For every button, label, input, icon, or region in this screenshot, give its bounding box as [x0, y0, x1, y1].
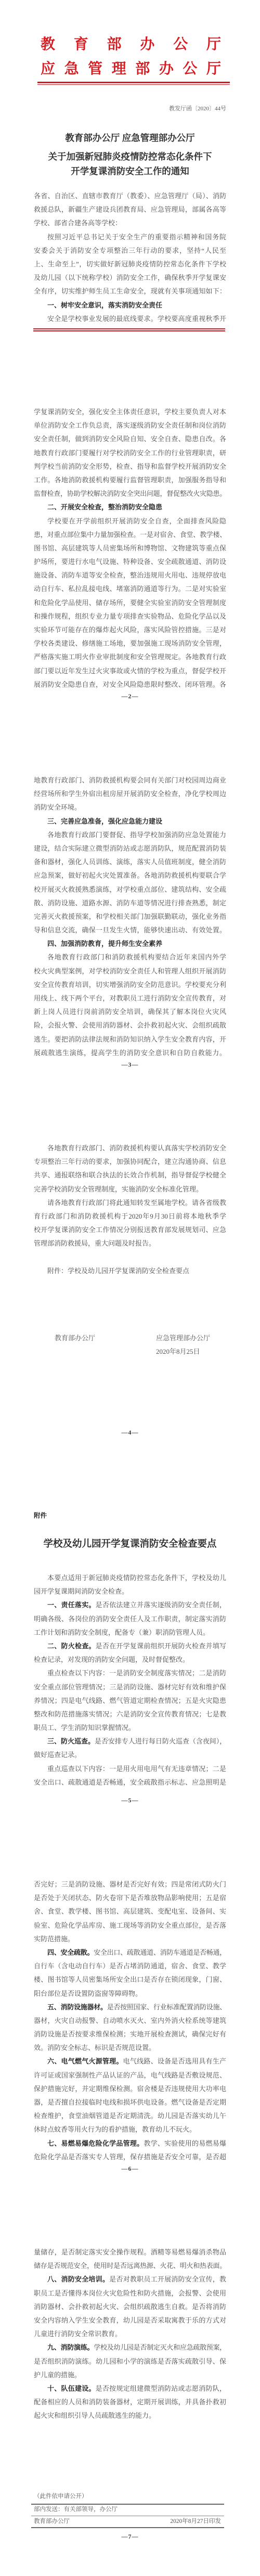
body-line: 消防安全环境。	[34, 801, 226, 814]
page-number: —6—	[0, 2164, 260, 2173]
body-line: 管理部消防救援局，重大问题及时报告。	[34, 1237, 226, 1250]
body-line: 导和信息交流，确保一旦发生火情，能够快速出动、有效处置。	[34, 924, 226, 937]
body-line: 消防器材、会扑救初起火灾、会组织疏散逃生自救。是否将消防	[34, 2300, 226, 2314]
page-2-body: 学复课消防安全，强化安全主体责任意识，学校主要负责人对本 单位消防安全工作负总责…	[34, 405, 226, 691]
checklist-item-text: 安全出口、疏散通道、消防车通道是否畅通，	[94, 1949, 226, 1956]
body-line: 器，是否擅自拉接临时电线和损坏供电设备。燃气设备是否定期	[34, 2096, 226, 2109]
checklist-item-title: 八、消防安全培训。	[47, 2275, 109, 2283]
body-line: 校火灾典型案例，对学校消防安全责任人和管理人组织开展消防	[34, 965, 226, 978]
body-line: 安全是学校事业发展的最底线要求。学校要高度重视秋季开	[34, 312, 226, 326]
body-line: 安全重点部位管理情况；三是消防设施、器材完好有效和维护保	[34, 1681, 226, 1694]
issuer-header-line-1: 教育部办公厅	[41, 36, 221, 53]
body-line: 和危险化学品使用、储存场所，要健全实验室消防安全管理制度	[34, 596, 226, 610]
checklist-item-line: 六、电气燃气火源管理。电气线路、设备是否选用具有生产	[34, 2055, 226, 2068]
body-line: 和操作规程，组织专业力量专项排查实验物品、危险化学品以及	[34, 610, 226, 623]
body-line: 学复课消防安全，强化安全主体责任意识，学校主要负责人对本	[34, 405, 226, 419]
checklist-item-line: 一、责任落实。是否依法建立并落实逐级消防安全责任制，	[34, 1598, 226, 1612]
body-line: 完善学校消防安全管理制度，实施消防安全标准化管理。	[34, 1183, 226, 1196]
header-red-rule	[37, 82, 230, 83]
body-line: 学校各类建设、修缮施工场地，要加强施工现场消防安全管理，	[34, 637, 226, 650]
checklist-item-text: 学校及幼儿园是否制定灭火和应急疏散预案，	[94, 2343, 226, 2351]
body-line: 效。消防安全标志、标识是否规范设置。	[34, 2041, 226, 2055]
body-line: 逃生。要把消防法律法规和消防知识纳入学生安全教育内容，开	[34, 1033, 226, 1046]
body-line: 阳台部位是否设置防盗窗等障碍物。	[34, 1987, 226, 2001]
page-7-body: 量储存，是否制定落实安全操作规程。酒精等易燃易爆消杀物品 储存是否规范安全，使用…	[34, 2246, 226, 2423]
document-number: 教发厅函〔2020〕44号	[169, 105, 226, 112]
body-line: 图书馆、高层建筑等人员密集场所和博物馆、文物建筑等重点保	[34, 542, 226, 555]
signature-date: 2020年8月25日	[156, 1345, 200, 1359]
body-line: 实防范措施。	[34, 1932, 226, 1946]
body-line: 安委会关于消防安全专项整治三年行动的要求，坚持“人民至	[34, 244, 226, 258]
body-line: 监督检查，协助学校解决消防安全突出问题，督促整改火灾隐患。	[34, 487, 226, 501]
body-line: 器材，火灾自动报警、自动喷水灭火、室内外消火栓系统等建筑	[34, 2014, 226, 2028]
checklist-item-line: 八、消防安全培训。是否对教职员工开展消防安全宣传，教	[34, 2273, 226, 2286]
signature-moe-office: 教育部办公厅	[55, 1331, 95, 1345]
checklist-item-line: 七、易燃易爆危险化学品管理。教学、实验使用的易燃易爆	[34, 2137, 226, 2150]
body-line: 园开学复课期间消防安全检查。	[34, 1585, 226, 1598]
body-line: 按照习近平总书记关于安全生产的重要指示精神和国务院	[34, 230, 226, 244]
page-4-body: 各地教育行政部门、消防救援机构要认真落实学校消防安全 专项整治三年行动的要求，加…	[34, 1142, 226, 1278]
body-line: 护儿童的措施。	[34, 2368, 226, 2382]
checklist-item-line: 四、安全疏散。安全出口、疏散通道、消防车通道是否畅通，	[34, 1946, 226, 1959]
body-line: 展消防安全隐患自查，对安全风险隐患限时整改、闭环管理。各	[34, 678, 226, 691]
body-line: 安全宣传教育培训，切实增强消防安全防范意识。学校要充分利	[34, 978, 226, 992]
body-line: 共享、通报联络和联合执法的长效合作机制，指导督促学校健全	[34, 1169, 226, 1182]
body-line: 施设备、消防车道等安全检查，整治违规用火用电、违规停放电	[34, 569, 226, 582]
body-line: 应急预案，做好初起火灾处置准备。各地消防救援机构要联合学	[34, 869, 226, 882]
checklist-item-line: 二、防火检查。是否在开学复课前组织开展防火检查并填写	[34, 1639, 226, 1653]
attachment-label: 附件	[34, 1511, 47, 1520]
body-line: 各地教育行政部门、消防救援机构要认真落实学校消防安全	[34, 1142, 226, 1155]
body-line: 患，对重点部位集中力量加强检查。一是对宿舍、食堂、教学楼、	[34, 528, 226, 542]
section-heading: 一、树牢安全意识，落实消防安全责任	[34, 299, 226, 312]
body-line: 安全责任制，做到消防安全风险自知、安全自查、隐患自改。各	[34, 432, 226, 446]
body-line: 舍、食堂、教学楼、图书馆、高层建筑、变配电室、设备间、实	[34, 1905, 226, 1918]
footer-rule	[31, 2516, 224, 2516]
body-line: 楼、图书馆等人员密集场所安全出口是否存在锁闭现象，门窗、	[34, 1973, 226, 1987]
body-line: 重点巡查以下内容：一是用火用电用气有无违章情况；二是	[34, 1762, 226, 1776]
body-line: 量储存，是否制定落实安全操作规程。酒精等易燃易爆消杀物品	[34, 2246, 226, 2259]
body-line: 单位消防安全工作负总责，落实逐级消防安全责任制和岗位消防	[34, 419, 226, 432]
page-number: —4—	[0, 1428, 260, 1437]
body-line: 专项整治三年行动的要求，加强协同配合，建立沟通协商、信息	[34, 1155, 226, 1169]
checklist-item-title: 五、消防设施器材。	[47, 2003, 107, 2011]
checklist-item-line: 十、队伍建设。是否按规定组建微型消防站或志愿消防队，	[34, 2382, 226, 2395]
body-line: 自行车（含电动自行车）是否占堵消防通道，宿舍、食堂、教学	[34, 1959, 226, 1973]
body-line: 配备相应的人员和消防装备器材，定期开展训练，并具备扑救初	[34, 2395, 226, 2409]
body-line: 做好巡查记录。	[34, 1748, 226, 1762]
checklist-item-title: 七、易燃易爆危险化学品管理。	[47, 2139, 144, 2147]
checklist-item-text: 是否按照国家、行业标准配置消防设施、	[107, 2003, 226, 2011]
body-line: 消防设施是否按要求维保检测；实地开展检查测试，确保完好有	[34, 2028, 226, 2041]
section-heading: 四、加强消防教育，提升师生安全素养	[34, 937, 226, 951]
checklist-item-text: 是否依法建立并落实逐级消防安全责任制，	[96, 1601, 226, 1609]
body-line: 保护措施完好，并定期维保检测。宿舍楼是否违规使用大功率电	[34, 2082, 226, 2096]
checklist-item-line: 九、消防演练。学校及幼儿园是否制定灭火和应急疏散预案，	[34, 2341, 226, 2354]
issuing-office: 教育部办公厅	[34, 2517, 70, 2526]
body-line: 起火灾和组织引导人员疏散逃生的能力。	[34, 2409, 226, 2423]
checklist-item-text: 是否对教职员工开展消防安全宣传，教	[109, 2275, 226, 2283]
body-line: 完善灭火救援预案，和学校相关部门加强联勤联动，强化业务指	[34, 910, 226, 924]
checklist-item-title: 一、责任落实。	[47, 1601, 96, 1609]
body-line: 地教育行政部门要履行对学校消防安全工作的行业管理职责，研	[34, 446, 226, 460]
section-heading: 二、开展安全检查，整治消防安全隐患	[34, 501, 226, 514]
body-line: 许可证或国家强制性产品认证的产品，电气线路是否敷设规范、	[34, 2069, 226, 2082]
body-line: 备和器材，强化人员训练、演练，落实人员值班制度，健全消防	[34, 855, 226, 869]
body-line: 本要点适用于新冠肺炎疫情防控常态化条件下，学校及幼儿	[34, 1571, 226, 1585]
body-line: 全有序，切实维护师生员工生命安全，现就有关事项通知如下：	[34, 285, 226, 298]
body-line: 否完好；三是消防设施、器材是否完好有效；四是常闭式防火门	[34, 1878, 226, 1891]
body-line: 护场所，要进行水电气设施、特种设备、安全疏散通道、消防设	[34, 555, 226, 569]
body-line: 校开学复课消防安全工作情况分别报送教育部发展规划司、应急	[34, 1223, 226, 1237]
page-number: —5—	[0, 1796, 260, 1804]
checklist-item-text: 教学、实验使用的易燃易爆	[144, 2139, 226, 2147]
body-line: 经营场所和学生外宿出租房屋开展消防安全检查，净化学校周边	[34, 787, 226, 801]
body-line: 上、生命至上”，切实做好新冠肺炎疫情防控常态化条件下学校	[34, 258, 226, 271]
issue-date: 2020年8月27日印发	[170, 2517, 221, 2526]
body-line: 判学校当前消防安全形势，检查、指导和监督学校开展消防安全	[34, 460, 226, 473]
header-red-rule-thin	[37, 84, 230, 85]
footer-red-rule	[33, 330, 225, 331]
body-line: 整改和防范措施落实情况；六是消防安全宣传教育情况；七是教	[34, 1708, 226, 1721]
body-line: 明确各级、各岗位的消防安全责任人及工作职责，制定落实消防	[34, 1612, 226, 1626]
checklist-item-title: 六、电气燃气火源管理。	[47, 2057, 123, 2065]
body-line: 各地教育行政部门和消防救援机构要结合近年来国内外学	[34, 951, 226, 964]
checklist-item-text: 电气线路、设备是否选用具有生产	[123, 2057, 226, 2065]
body-line: 安全内容纳入学生安全教育，幼儿园是否采取寓教于乐的方式对	[34, 2314, 226, 2327]
blank-line	[34, 1251, 226, 1264]
attachment-reference: 附件：学校及幼儿园开学复课消防安全检查要点	[34, 1264, 226, 1278]
body-line: 验室、危险化学品库房、施工现场等消防安全重点部位，是否落	[34, 1919, 226, 1932]
body-line: 实验环节可能存在的爆炸起火风险，落实风险管控措施。三是对	[34, 623, 226, 637]
checklist-item-title: 九、消防演练。	[47, 2343, 94, 2351]
page-number: —3—	[0, 1060, 260, 1069]
notice-title-line: 教育部办公厅 应急管理部办公厅	[0, 132, 260, 144]
body-line: 各地教育行政部门要督促、指导学校加强消防应急处置能力	[34, 828, 226, 842]
checklist-item-title: 十、队伍建设。	[47, 2385, 96, 2392]
section-heading: 三、完善应急准备，强化应急能力建设	[34, 815, 226, 828]
body-line: 展疏散逃生演练，提高学生的消防安全意识和自防自救能力。	[34, 1046, 226, 1060]
body-line: 是否组织消防演练。幼儿园和小学的演练是否落实疏散引导、保	[34, 2355, 226, 2368]
body-line: 用线上、线下两个平台，对教职员工进行消防安全宣传教育，对	[34, 992, 226, 1005]
checklist-item-title: 二、防火检查。	[47, 1642, 96, 1650]
body-line: 险，会报火警、会使用消防器材、会扑救初起火灾、会组织疏散	[34, 1019, 226, 1032]
body-line: 学校要在开学前组织开展消防安全自查，全面排查风险隐	[34, 515, 226, 528]
body-line: 育行政部门和消防救援机构于2020年9月30日前将本地秋季学	[34, 1210, 226, 1223]
checklist-item-text: 是否安排专人进行每日防火巡查（含夜间），	[95, 1737, 226, 1745]
salutation-line: 各省、自治区、直辖市教育厅（教委）、应急管理厅（局）、消防	[34, 189, 226, 203]
page-6-body: 否完好；三是消防设施、器材是否完好有效；四是常闭式防火门 是否处于关闭状态、防火…	[34, 1878, 226, 2164]
distribution-list: 部内发送：有关部领导，办公厅	[34, 2505, 118, 2514]
body-line: 休时点蚊香等用火行为的看护措施，教育幼儿不玩火。	[34, 2123, 226, 2136]
page-1-body: 各省、自治区、直辖市教育厅（教委）、应急管理厅（局）、消防 救援总队，新疆生产建…	[34, 189, 226, 326]
footer-rule	[31, 2527, 224, 2528]
body-line: 儿童进行消防安全常识教育。	[34, 2327, 226, 2341]
checklist-item-text: 是否按规定组建微型消防站或志愿消防队，	[96, 2385, 226, 2392]
body-line: 部门要以近年发生过火灾事故或火情的学校为重点，督促学校开	[34, 664, 226, 678]
body-line: 职员工是否懂得本岗位火灾危险性和防火措施，会报警、会使用	[34, 2287, 226, 2300]
notice-title-line: 开学复课消防安全工作的通知	[0, 165, 260, 177]
body-line: 及幼儿园（以下统称学校）消防安全工作，确保秋季开学复课安	[34, 271, 226, 285]
signature-mem-office: 应急管理部办公厅	[156, 1331, 210, 1345]
body-line: 安全出口、疏散通道是否畅通，安全疏散指示标志、应急照明是	[34, 1776, 226, 1789]
notice-title-line: 关于加强新冠肺炎疫情防控常态化条件下	[0, 151, 260, 162]
footer-rule	[31, 2504, 224, 2505]
body-line: 检查维护，食堂油烟管道是否定期清洗。幼儿园是否落实幼儿午	[34, 2109, 226, 2123]
body-line: 新上岗人员进行岗前消防安全培训，确保其了解本岗位火灾风	[34, 1005, 226, 1019]
checklist-item-text: 是否在开学复课前组织开展防火检查并填写	[96, 1642, 226, 1650]
footer-red-rule	[33, 328, 225, 329]
checklist-item-line: 五、消防设施器材。是否按照国家、行业标准配置消防设施、	[34, 2001, 226, 2014]
salutation-line: 学校、部省合建各高等学校：	[34, 216, 226, 230]
page-number: —2—	[0, 692, 260, 700]
checklist-item-title: 三、防火巡查。	[47, 1737, 95, 1745]
body-line: 职员工、学生消防知识掌握情况。	[34, 1721, 226, 1735]
checklist-item-line: 三、防火巡查。是否安排专人进行每日防火巡查（含夜间），	[34, 1735, 226, 1748]
page-5-body: 本要点适用于新冠肺炎疫情防控常态化条件下，学校及幼儿 园开学复课期间消防安全检查…	[34, 1571, 226, 1789]
body-line: 校开展灭火救援熟悉演练，对学校重点部位、建筑结构、安全疏	[34, 883, 226, 896]
page-number: —7—	[0, 2532, 260, 2541]
checklist-item-title: 四、安全疏散。	[47, 1949, 94, 1956]
body-line: 危险化学品是否落实专人管理，保存措施是否安全可靠，是否超	[34, 2150, 226, 2164]
body-line: 地教育行政部门、消防救援机构要会同有关部门对校园周边商业	[34, 774, 226, 787]
body-line: 散、消防设施、道路水源、消防车道等情况进行排查熟悉，制定	[34, 896, 226, 910]
salutation-line: 救援总队，新疆生产建设兵团教育局、应急管理局，部属各高等	[34, 203, 226, 216]
body-line: 检查记录，对发现的消防安全问题，及时督促整改。	[34, 1653, 226, 1667]
attachment-title: 学校及幼儿园开学复课消防安全检查要点	[0, 1538, 260, 1550]
body-line: 养情况；四是电气线路、燃气管道定期检查情况；五是火灾隐患	[34, 1694, 226, 1708]
document: 教育部办公厅 应急管理部办公厅 教发厅函〔2020〕44号 教育部办公厅 应急管…	[0, 0, 260, 2576]
body-line: 工作计划和消防安全制度，配备专（兼）职消防管理人员。	[34, 1626, 226, 1639]
body-line: 工作。各地消防救援机构要履行监督管理职责，加强服务指导和	[34, 473, 226, 487]
body-line: 建设，结合实际建立微型消防站或志愿消防队，规范配置消防装	[34, 842, 226, 855]
body-line: 重点检查以下内容：一是消防安全制度落实情况；二是消防	[34, 1667, 226, 1680]
body-line: 严格落实施工明火作业审批制度和安全管理规定。各地教育行政	[34, 650, 226, 664]
disclosure-note: （此件依申请公开）	[34, 2492, 88, 2501]
body-line: 请各地教育行政部门将此通知转发至属地学校。请各省级教	[34, 1196, 226, 1210]
body-line: 动自行车、私拉乱接电线、堵塞消防通道等行为。二是对实验室	[34, 582, 226, 596]
page-3-body: 地教育行政部门、消防救援机构要会同有关部门对校园周边商业 经营场所和学生外宿出租…	[34, 774, 226, 1060]
issuer-header-line-2: 应急管理部办公厅	[41, 61, 221, 78]
body-line: 是否处于关闭状态、防火卷帘下是否堆放物品影响使用；五是宿	[34, 1891, 226, 1905]
body-line: 储存是否规范安全，使用时是否远离热源、火花、明火和热表面。	[34, 2259, 226, 2273]
